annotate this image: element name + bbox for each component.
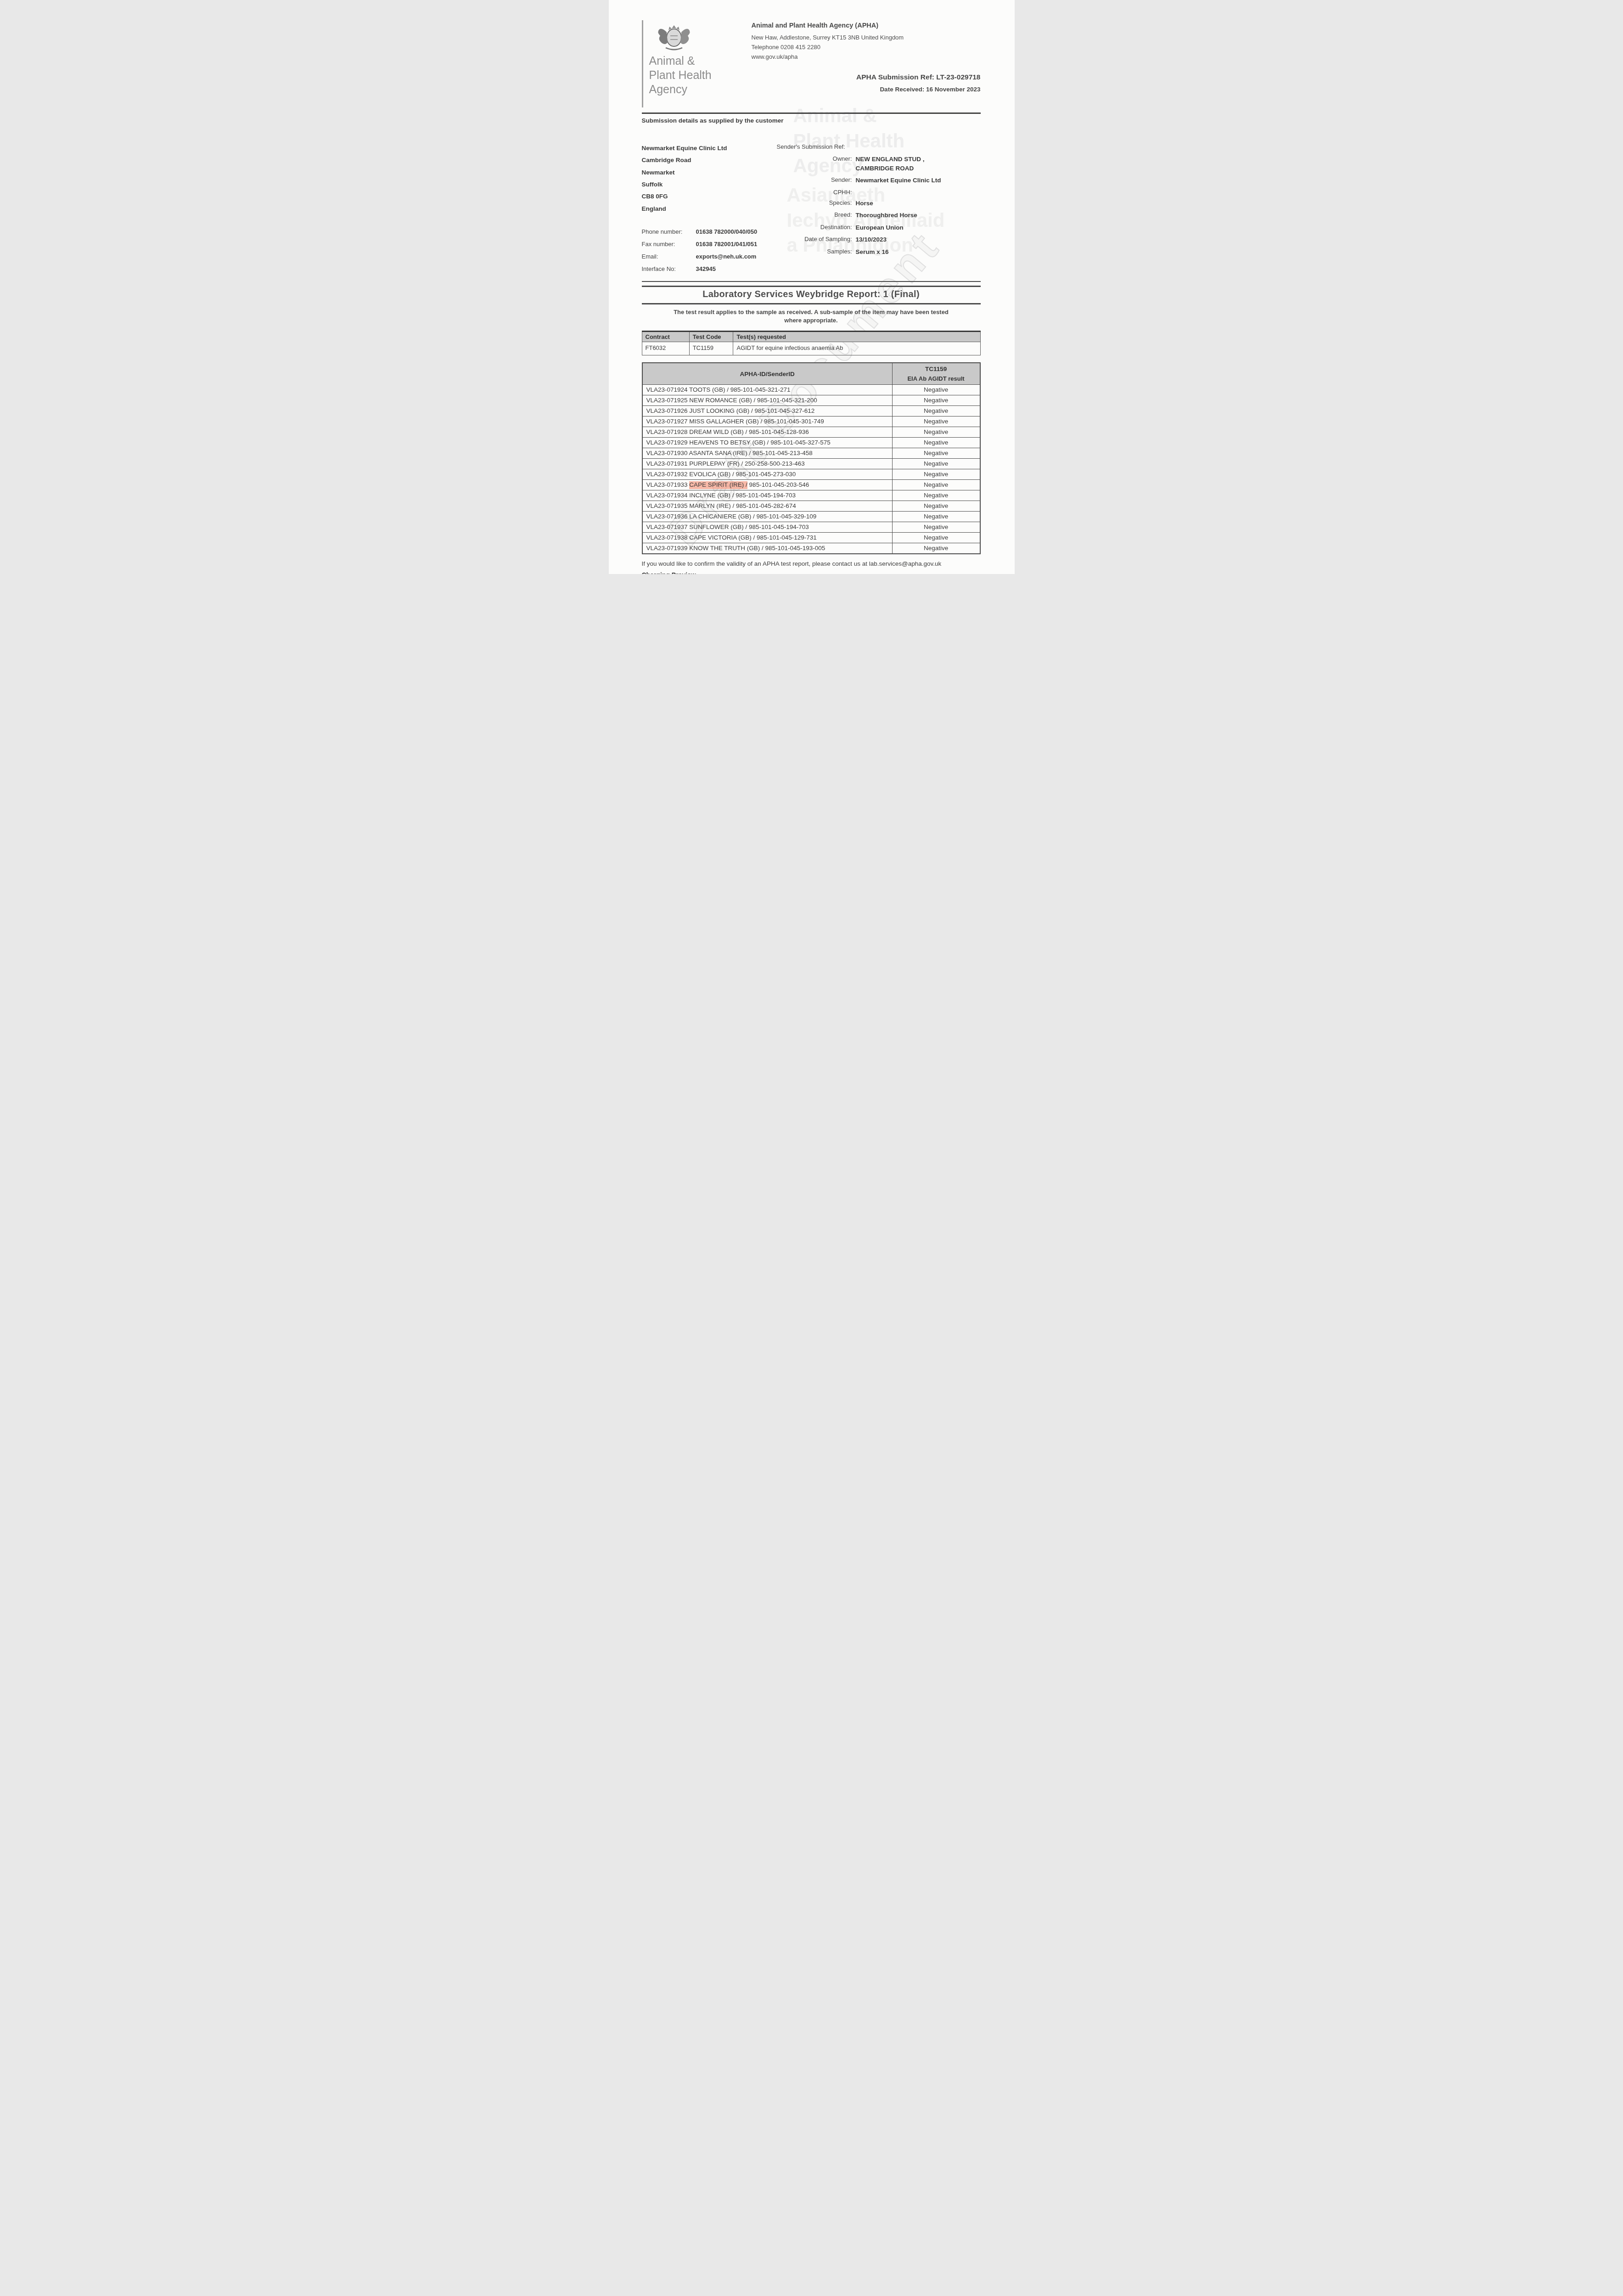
- detail-row: Sender: Newmarket Equine Clinic Ltd: [776, 176, 981, 185]
- report-title-band: Laboratory Services Weybridge Report: 1 …: [642, 286, 981, 304]
- sample-id: VLA23-071924 TOOTS (GB) / 985-101-045-32…: [646, 386, 791, 393]
- highlighted-text: CAPE SPIRIT (IRE) /: [689, 481, 747, 488]
- result-value: Negative: [892, 385, 980, 395]
- detail-value: Horse: [856, 199, 873, 208]
- table-row: VLA23-071938 CAPE VICTORIA (GB) / 985-10…: [642, 533, 980, 543]
- royal-crest-icon: [650, 22, 698, 51]
- contact-value: 01638 782000/040/050: [696, 226, 758, 238]
- contact-label: Fax number:: [642, 238, 696, 251]
- date-received: Date Received: 16 November 2023: [752, 86, 981, 93]
- detail-value: 13/10/2023: [856, 235, 887, 244]
- detail-row: Breed: Thoroughbred Horse: [776, 211, 981, 220]
- detail-value: Newmarket Equine Clinic Ltd: [856, 176, 941, 185]
- detail-value: Thoroughbred Horse: [856, 211, 917, 220]
- scanned-report-page: Animal & Plant Health Agency Asiantaeth …: [609, 0, 1015, 574]
- result-value: Negative: [892, 395, 980, 406]
- brand-line: Plant Health: [649, 68, 748, 83]
- contract-table: Contract Test Code Test(s) requested FT6…: [642, 331, 981, 355]
- sample-id-tail: 985-101-045-203-546: [747, 481, 809, 488]
- detail-label: CPHH:: [776, 188, 856, 196]
- submission-ref-block: APHA Submission Ref: LT-23-029718 Date R…: [752, 73, 981, 93]
- contact-label: Email:: [642, 251, 696, 263]
- result-value: Negative: [892, 490, 980, 501]
- table-row: VLA23-071926 JUST LOOKING (GB) / 985-101…: [642, 406, 980, 416]
- sample-id: VLA23-071936 LA CHICANIERE (GB) / 985-10…: [646, 513, 817, 520]
- detail-value: European Union: [856, 223, 904, 232]
- result-value: Negative: [892, 512, 980, 522]
- sample-id: VLA23-071934 INCLYNE (GB) / 985-101-045-…: [646, 492, 796, 499]
- table-row: VLA23-071927 MISS GALLAGHER (GB) / 985-1…: [642, 416, 980, 427]
- table-row: VLA23-071933 CAPE SPIRIT (IRE) / 985-101…: [642, 480, 980, 490]
- detail-value: Serum x 16: [856, 248, 889, 257]
- detail-row: CPHH:: [776, 188, 981, 196]
- result-value: Negative: [892, 448, 980, 459]
- detail-label: Breed:: [776, 211, 856, 220]
- customer-address-line: Newmarket Equine Clinic Ltd: [642, 142, 776, 154]
- divider-rule: [642, 113, 981, 114]
- customer-address-block: Newmarket Equine Clinic Ltd Cambridge Ro…: [642, 142, 776, 276]
- submission-section-title: Submission details as supplied by the cu…: [642, 117, 981, 124]
- contact-label: Phone number:: [642, 226, 696, 238]
- column-header: Contract: [642, 332, 689, 342]
- header: Animal & Plant Health Agency Animal and …: [642, 20, 981, 107]
- agency-telephone: Telephone 0208 415 2280: [752, 43, 981, 52]
- results-table: APHA-ID/SenderID TC1159 EIA Ab AGIDT res…: [642, 362, 981, 554]
- sample-id: VLA23-071937 SUNFLOWER (GB) / 985-101-04…: [646, 523, 809, 530]
- table-row: VLA23-071932 EVOLICA (GB) / 985-101-045-…: [642, 469, 980, 480]
- table-row: VLA23-071939 KNOW THE TRUTH (GB) / 985-1…: [642, 543, 980, 554]
- agency-website: www.gov.uk/apha: [752, 52, 981, 62]
- result-value: Negative: [892, 459, 980, 469]
- sample-id: VLA23-071929 HEAVENS TO BETSY (GB) / 985…: [646, 439, 831, 446]
- table-row: VLA23-071930 ASANTA SANA (IRE) / 985-101…: [642, 448, 980, 459]
- sample-id: VLA23-071932 EVOLICA (GB) / 985-101-045-…: [646, 471, 796, 478]
- table-row: VLA23-071928 DREAM WILD (GB) / 985-101-0…: [642, 427, 980, 438]
- detail-row: Destination: European Union: [776, 223, 981, 232]
- result-value: Negative: [892, 533, 980, 543]
- sample-id: VLA23-071935 MARLYN (IRE) / 985-101-045-…: [646, 502, 796, 509]
- detail-row: Date of Sampling: 13/10/2023: [776, 235, 981, 244]
- sample-id: VLA23-071938 CAPE VICTORIA (GB) / 985-10…: [646, 534, 817, 541]
- table-row: VLA23-071935 MARLYN (IRE) / 985-101-045-…: [642, 501, 980, 512]
- table-row: FT6032 TC1159 AGIDT for equine infectiou…: [642, 342, 980, 355]
- apha-submission-ref: APHA Submission Ref: LT-23-029718: [752, 73, 981, 82]
- detail-label: Date of Sampling:: [776, 235, 856, 244]
- table-row: VLA23-071931 PURPLEPAY (FR) / 250-258-50…: [642, 459, 980, 469]
- table-row: VLA23-071925 NEW ROMANCE (GB) / 985-101-…: [642, 395, 980, 406]
- sample-id: VLA23-071927 MISS GALLAGHER (GB) / 985-1…: [646, 418, 824, 425]
- customer-address-line: England: [642, 203, 776, 215]
- contact-row: Email: exports@neh.uk.com: [642, 251, 776, 263]
- table-row: VLA23-071924 TOOTS (GB) / 985-101-045-32…: [642, 385, 980, 395]
- detail-label: Samples:: [776, 248, 856, 257]
- test-code-cell: TC1159: [689, 342, 733, 355]
- brand-line: Animal &: [649, 54, 748, 68]
- sample-id: VLA23-071926 JUST LOOKING (GB) / 985-101…: [646, 407, 815, 414]
- table-row: VLA23-071934 INCLYNE (GB) / 985-101-045-…: [642, 490, 980, 501]
- brand-line: Agency: [649, 83, 748, 97]
- detail-row: Samples: Serum x 16: [776, 248, 981, 257]
- contact-row: Phone number: 01638 782000/040/050: [642, 226, 776, 238]
- result-value: Negative: [892, 501, 980, 512]
- customer-contact-rows: Phone number: 01638 782000/040/050 Fax n…: [642, 226, 776, 276]
- table-header-row: APHA-ID/SenderID TC1159 EIA Ab AGIDT res…: [642, 363, 980, 385]
- contract-cell: FT6032: [642, 342, 689, 355]
- column-header-id: APHA-ID/SenderID: [642, 363, 893, 385]
- agency-address: New Haw, Addlestone, Surrey KT15 3NB Uni…: [752, 33, 981, 43]
- customer-address-line: Suffolk: [642, 179, 776, 191]
- validity-note: If you would like to confirm the validit…: [642, 560, 981, 567]
- result-value: Negative: [892, 469, 980, 480]
- customer-address-line: Newmarket: [642, 167, 776, 179]
- result-value: Negative: [892, 406, 980, 416]
- agency-title: Animal and Plant Health Agency (APHA): [752, 22, 981, 29]
- column-header: Test(s) requested: [733, 332, 980, 342]
- header-right: Animal and Plant Health Agency (APHA) Ne…: [748, 20, 981, 93]
- contact-row: Fax number: 01638 782001/041/051: [642, 238, 776, 251]
- detail-label: Owner:: [776, 155, 856, 173]
- contact-value: exports@neh.uk.com: [696, 251, 757, 263]
- contact-row: Interface No: 342945: [642, 263, 776, 276]
- column-header: Test Code: [689, 332, 733, 342]
- sample-id: VLA23-071928 DREAM WILD (GB) / 985-101-0…: [646, 428, 809, 435]
- result-value: Negative: [892, 480, 980, 490]
- detail-row: Species: Horse: [776, 199, 981, 208]
- customer-address-line: Cambridge Road: [642, 154, 776, 166]
- detail-value: NEW ENGLAND STUD , CAMBRIDGE ROAD: [856, 155, 925, 173]
- sender-details-block: Sender's Submission Ref: Owner: NEW ENGL…: [776, 142, 981, 276]
- detail-label: Destination:: [776, 223, 856, 232]
- sample-id: VLA23-071939 KNOW THE TRUTH (GB) / 985-1…: [646, 545, 826, 551]
- section-end-rule: [642, 281, 981, 282]
- contact-label: Interface No:: [642, 263, 696, 276]
- result-value: Negative: [892, 543, 980, 554]
- result-test-name: EIA Ab AGIDT result: [895, 375, 977, 382]
- detail-label: Species:: [776, 199, 856, 208]
- sample-id: VLA23-071933: [646, 481, 690, 488]
- table-header-row: Contract Test Code Test(s) requested: [642, 332, 980, 342]
- apha-brand-logo: Animal & Plant Health Agency: [642, 20, 748, 107]
- result-value: Negative: [892, 416, 980, 427]
- result-value: Negative: [892, 438, 980, 448]
- column-header-result: TC1159 EIA Ab AGIDT result: [892, 363, 980, 385]
- result-value: Negative: [892, 427, 980, 438]
- table-row: VLA23-071929 HEAVENS TO BETSY (GB) / 985…: [642, 438, 980, 448]
- table-row: VLA23-071937 SUNFLOWER (GB) / 985-101-04…: [642, 522, 980, 533]
- submission-details: Newmarket Equine Clinic Ltd Cambridge Ro…: [642, 142, 981, 276]
- sample-id: VLA23-071930 ASANTA SANA (IRE) / 985-101…: [646, 450, 813, 456]
- detail-label: Sender:: [776, 176, 856, 185]
- detail-row: Owner: NEW ENGLAND STUD , CAMBRIDGE ROAD: [776, 155, 981, 173]
- contact-value: 01638 782001/041/051: [696, 238, 758, 251]
- sender-submission-ref-label: Sender's Submission Ref:: [777, 143, 981, 150]
- report-title: Laboratory Services Weybridge Report: 1 …: [642, 289, 981, 300]
- charging-preview-title: Charging Preview: [642, 571, 981, 574]
- result-value: Negative: [892, 522, 980, 533]
- report-note: The test result applies to the sample as…: [665, 308, 957, 326]
- table-row: VLA23-071936 LA CHICANIERE (GB) / 985-10…: [642, 512, 980, 522]
- contact-value: 342945: [696, 263, 716, 276]
- result-test-code: TC1159: [925, 366, 947, 372]
- test-requested-cell: AGIDT for equine infectious anaemia Ab: [733, 342, 980, 355]
- sample-id: VLA23-071931 PURPLEPAY (FR) / 250-258-50…: [646, 460, 805, 467]
- customer-address-line: CB8 0FG: [642, 191, 776, 203]
- sample-id: VLA23-071925 NEW ROMANCE (GB) / 985-101-…: [646, 397, 817, 404]
